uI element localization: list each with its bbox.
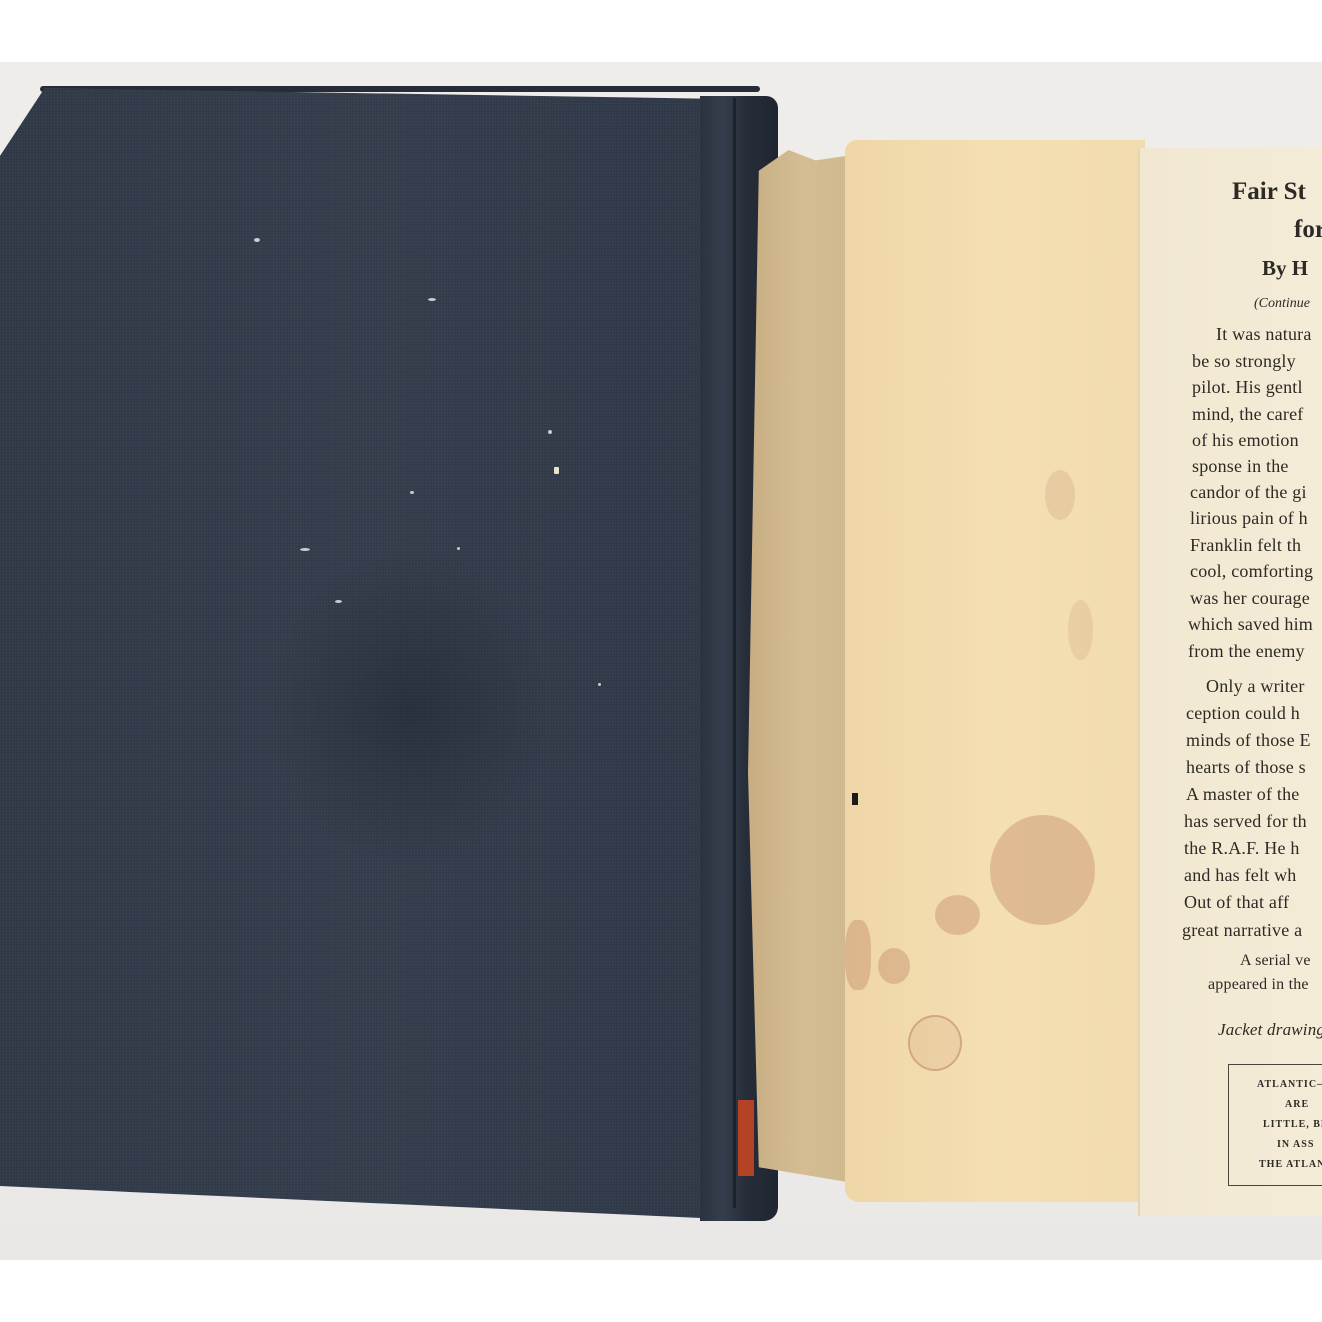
jacket-body-line: Franklin felt th (1190, 535, 1301, 556)
jacket-body-line: Only a writer (1206, 676, 1305, 697)
water-stain (1068, 600, 1093, 660)
cover-wear-speck (554, 467, 559, 474)
jacket-back-panel (845, 140, 1145, 1202)
cover-wear-speck (428, 298, 436, 301)
jacket-body-line: and has felt wh (1184, 865, 1296, 886)
publisher-box-line: THE ATLAN (1259, 1159, 1322, 1170)
jacket-body-line: sponse in the (1192, 456, 1289, 477)
water-stain (935, 895, 980, 935)
jacket-body-line: mind, the caref (1192, 404, 1303, 425)
water-stain (990, 815, 1095, 925)
jacket-body-line: A master of the (1186, 784, 1299, 805)
jacket-body-line: It was natura (1216, 324, 1312, 345)
jacket-body-line: pilot. His gentl (1192, 377, 1303, 398)
publisher-box: ATLANTIC—I ARE LITTLE, BR IN ASS THE ATL… (1228, 1064, 1322, 1186)
jacket-body-line: be so strongly (1192, 351, 1296, 372)
jacket-title-line-2: for (1294, 216, 1322, 244)
jacket-drawing-credit: Jacket drawing (1218, 1020, 1322, 1040)
jacket-body-line: lirious pain of h (1190, 508, 1308, 529)
jacket-title-line-1: Fair St (1232, 178, 1306, 206)
publisher-box-line: ARE (1285, 1099, 1309, 1110)
jacket-body-line: has served for th (1184, 811, 1307, 832)
jacket-body-line: the R.A.F. He h (1184, 838, 1300, 859)
jacket-body-line: of his emotion (1192, 430, 1299, 451)
cover-wear-speck (300, 548, 310, 551)
publisher-box-line: ATLANTIC—I (1257, 1079, 1322, 1090)
jacket-text-panel: Fair St for By H (Continue It was natura… (1138, 148, 1322, 1216)
water-stain (878, 948, 910, 984)
jacket-continued-note: (Continue (1254, 296, 1310, 312)
jacket-serial-line: A serial ve (1240, 952, 1311, 970)
publisher-box-line: IN ASS (1277, 1139, 1314, 1150)
cover-wear-speck (335, 600, 342, 603)
water-stain (845, 920, 871, 990)
cover-wear-speck (598, 683, 601, 686)
jacket-serial-line: appeared in the (1208, 976, 1309, 994)
cover-wear-speck (457, 547, 460, 550)
jacket-body-line: candor of the gi (1190, 482, 1307, 503)
jacket-tear-notch (852, 793, 858, 805)
spine-hinge-groove (733, 98, 736, 1208)
jacket-body-line: Out of that aff (1184, 892, 1289, 913)
jacket-body-line: from the enemy (1188, 641, 1305, 662)
water-stain (1045, 470, 1075, 520)
spine-label-bottom (738, 1100, 754, 1176)
cover-wear-speck (410, 491, 414, 494)
jacket-body-line: minds of those E (1186, 730, 1311, 751)
jacket-byline: By H (1262, 256, 1308, 281)
book-back-cover (0, 88, 745, 1220)
jacket-body-line: ception could h (1186, 703, 1300, 724)
cover-wear-speck (254, 238, 260, 242)
water-stain-ring (908, 1015, 962, 1071)
jacket-body-line: great narrative a (1182, 920, 1302, 941)
jacket-body-line: which saved him (1188, 614, 1313, 635)
cover-wear-speck (548, 430, 552, 434)
jacket-body-line: hearts of those s (1186, 757, 1306, 778)
jacket-body-line: was her courage (1190, 588, 1310, 609)
jacket-body-line: cool, comforting (1190, 561, 1313, 582)
publisher-box-line: LITTLE, BR (1263, 1119, 1322, 1130)
